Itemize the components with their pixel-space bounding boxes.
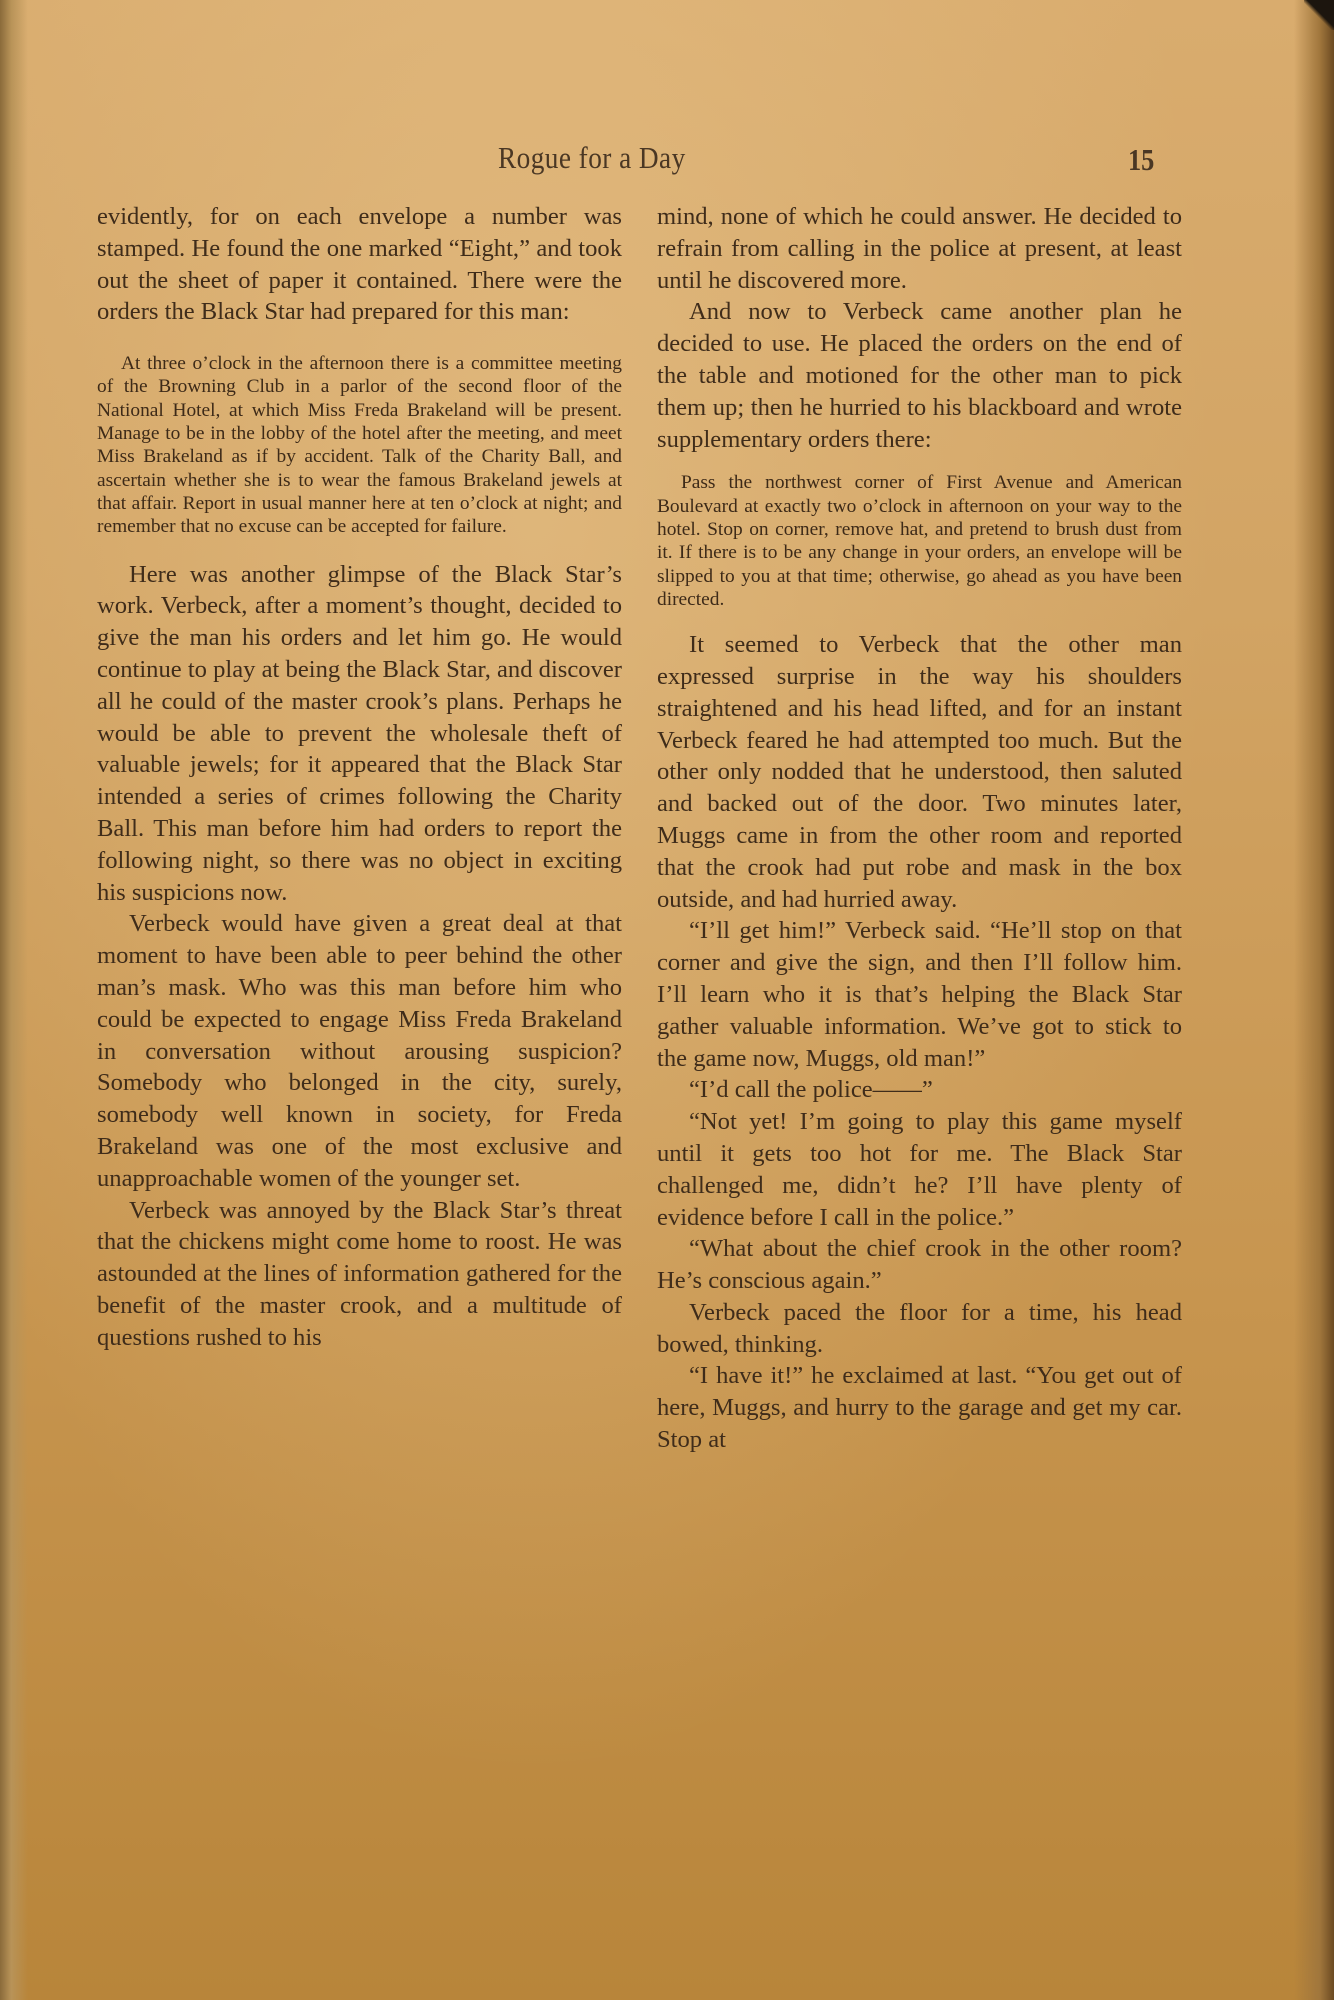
dialogue-paragraph: “Not yet! I’m going to play this game my…: [657, 1106, 1182, 1233]
page-corner-shadow: [1304, 0, 1334, 30]
book-page: Rogue for a Day 15 evidently, for on eac…: [0, 0, 1334, 2000]
block-quote-supplementary-orders: Pass the northwest corner of First Avenu…: [657, 471, 1182, 611]
paragraph: mind, none of which he could answer. He …: [657, 201, 1182, 296]
paragraph: Verbeck was annoyed by the Black Star’s …: [97, 1195, 622, 1354]
paragraph: evidently, for on each envelope a number…: [97, 201, 622, 328]
dialogue-paragraph: “I’ll get him!” Verbeck said. “He’ll sto…: [657, 915, 1182, 1074]
running-title: Rogue for a Day: [498, 140, 686, 176]
paragraph: Here was another glimpse of the Black St…: [97, 559, 622, 909]
page-number: 15: [1128, 142, 1154, 178]
paragraph: It seemed to Verbeck that the other man …: [657, 629, 1182, 915]
dialogue-paragraph: “What about the chief crook in the other…: [657, 1233, 1182, 1297]
dialogue-paragraph: “I’d call the police——”: [657, 1074, 1182, 1106]
dialogue-paragraph: “I have it!” he exclaimed at last. “You …: [657, 1360, 1182, 1455]
running-head: Rogue for a Day 15: [0, 140, 1334, 180]
paragraph: Verbeck paced the floor for a time, his …: [657, 1297, 1182, 1361]
paragraph: Verbeck would have given a great deal at…: [97, 908, 622, 1194]
right-column: mind, none of which he could answer. He …: [657, 201, 1182, 1456]
block-quote-orders: At three o’clock in the afternoon there …: [97, 352, 622, 538]
left-column: evidently, for on each envelope a number…: [97, 201, 622, 1353]
paragraph: And now to Verbeck came another plan he …: [657, 296, 1182, 455]
